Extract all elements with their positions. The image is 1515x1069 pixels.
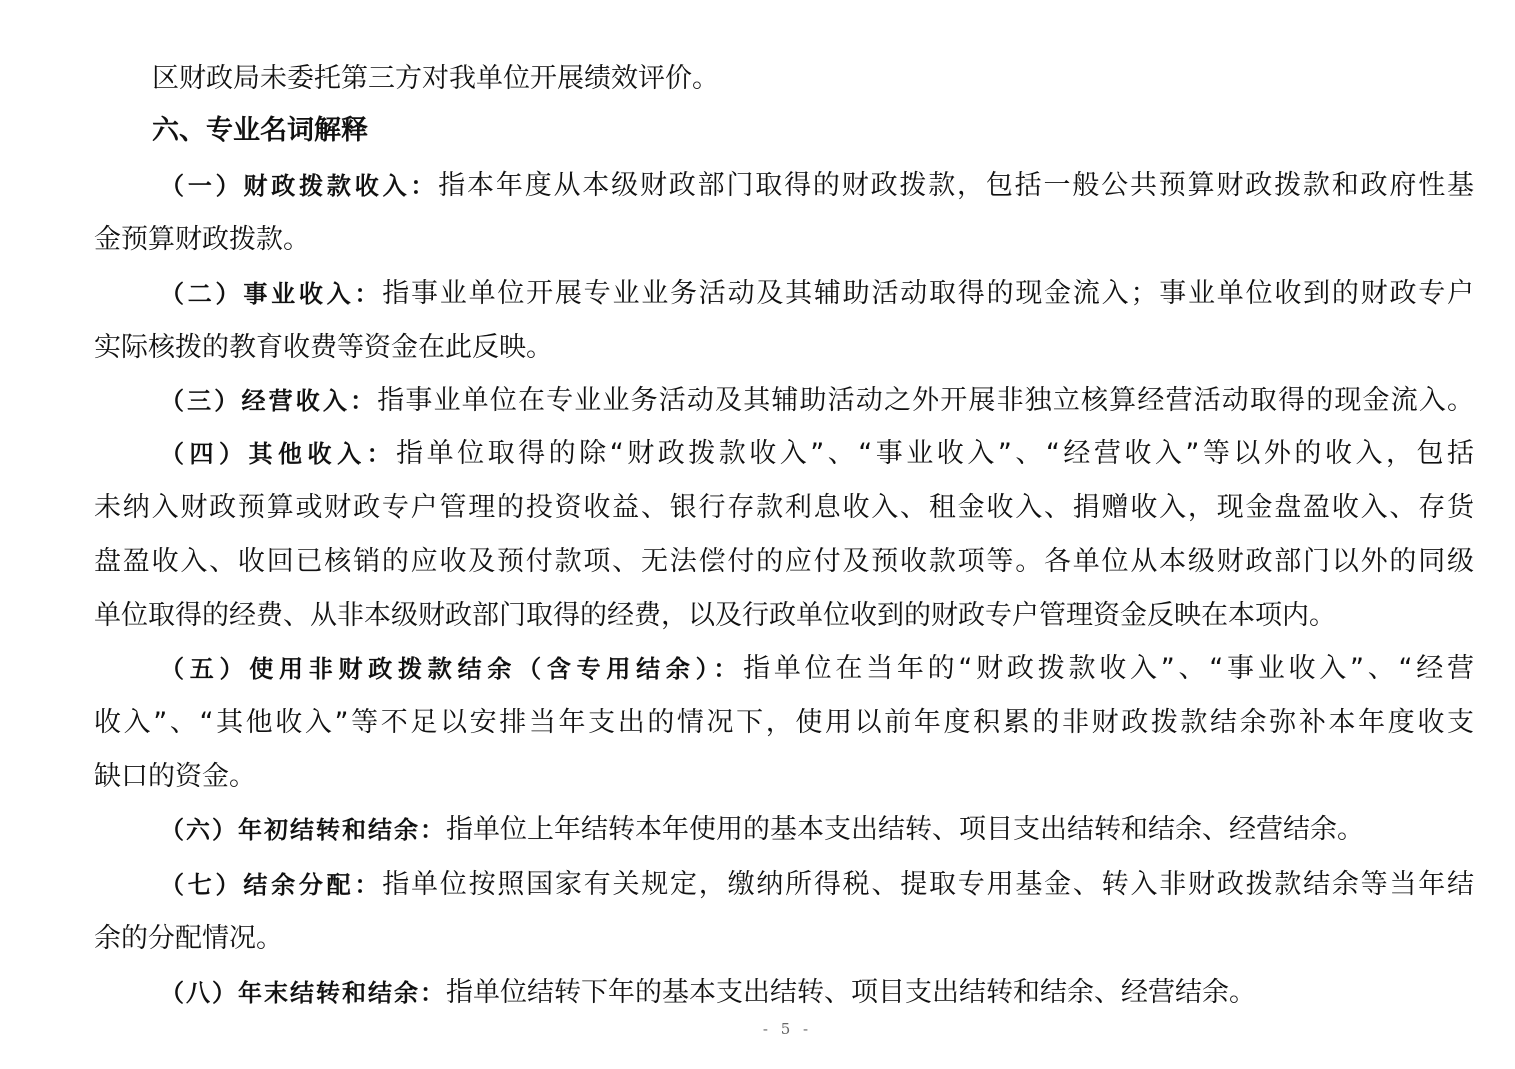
definition-term: （六）年初结转和结余： (160, 815, 446, 844)
definition-text: 指单位按照国家有关规定，缴纳所得税、提取专用基金、转入非财政拨款结余等当年结 (382, 869, 1474, 900)
definition-1: （一）财政拨款收入：指本年度从本级财政部门取得的财政拨款，包括一般公共预算财政拨… (160, 168, 1474, 204)
definition-7-continuation: 余的分配情况。 (94, 921, 1474, 957)
definition-4-continuation-1: 未纳入财政预算或财政专户管理的投资收益、银行存款利息收入、租金收入、捐赠收入，现… (94, 490, 1474, 526)
definition-7: （七）结余分配：指单位按照国家有关规定，缴纳所得税、提取专用基金、转入非财政拨款… (160, 867, 1474, 903)
document-page: 区财政局未委托第三方对我单位开展绩效评价。 六、专业名词解释 （一）财政拨款收入… (0, 0, 1515, 1069)
definition-text: 指单位取得的除“财政拨款收入”、“事业收入”、“经营收入”等以外的收入，包括 (396, 438, 1474, 469)
definition-2-continuation: 实际核拨的教育收费等资金在此反映。 (94, 330, 1474, 366)
definition-3: （三）经营收入：指事业单位在专业业务活动及其辅助活动之外开展非独立核算经营活动取… (160, 383, 1474, 419)
definition-term: （五）使用非财政拨款结余（含专用结余）： (160, 654, 743, 683)
definition-4-continuation-2: 盘盈收入、收回已核销的应收及预付款项、无法偿付的应付及预收款项等。各单位从本级财… (94, 544, 1474, 580)
definition-5-continuation-2: 缺口的资金。 (94, 759, 1474, 795)
definition-term: （四）其他收入： (160, 439, 396, 468)
definition-8: （八）年末结转和结余：指单位结转下年的基本支出结转、项目支出结转和结余、经营结余… (160, 975, 1515, 1011)
definition-term: （一）财政拨款收入： (160, 171, 438, 200)
definition-term: （八）年末结转和结余： (160, 978, 446, 1007)
intro-paragraph: 区财政局未委托第三方对我单位开展绩效评价。 (152, 61, 1515, 97)
definition-term: （三）经营收入： (160, 386, 377, 415)
definition-1-continuation: 金预算财政拨款。 (94, 222, 1474, 258)
definition-text: 指单位结转下年的基本支出结转、项目支出结转和结余、经营结余。 (446, 977, 1256, 1008)
definition-5-continuation-1: 收入”、“其他收入”等不足以安排当年支出的情况下，使用以前年度积累的非财政拨款结… (94, 705, 1474, 741)
definition-5: （五）使用非财政拨款结余（含专用结余）：指单位在当年的“财政拨款收入”、“事业收… (160, 651, 1474, 687)
definition-text: 指本年度从本级财政部门取得的财政拨款，包括一般公共预算财政拨款和政府性基 (438, 170, 1474, 201)
definition-text: 指单位上年结转本年使用的基本支出结转、项目支出结转和结余、经营结余。 (446, 814, 1364, 845)
definition-2: （二）事业收入：指事业单位开展专业业务活动及其辅助活动取得的现金流入；事业单位收… (160, 276, 1474, 312)
definition-4: （四）其他收入：指单位取得的除“财政拨款收入”、“事业收入”、“经营收入”等以外… (160, 436, 1474, 472)
definition-text: 指事业单位在专业业务活动及其辅助活动之外开展非独立核算经营活动取得的现金流入。 (377, 385, 1474, 416)
definition-6: （六）年初结转和结余：指单位上年结转本年使用的基本支出结转、项目支出结转和结余、… (160, 812, 1515, 848)
definition-4-continuation-3: 单位取得的经费、从非本级财政部门取得的经费，以及行政单位收到的财政专户管理资金反… (94, 598, 1474, 634)
definition-term: （二）事业收入： (160, 279, 382, 308)
page-number: - 5 - (0, 1020, 1515, 1038)
section-heading: 六、专业名词解释 (152, 113, 1515, 149)
definition-text: 指单位在当年的“财政拨款收入”、“事业收入”、“经营 (743, 653, 1474, 684)
definition-text: 指事业单位开展专业业务活动及其辅助活动取得的现金流入；事业单位收到的财政专户 (382, 278, 1474, 309)
definition-term: （七）结余分配： (160, 870, 382, 899)
